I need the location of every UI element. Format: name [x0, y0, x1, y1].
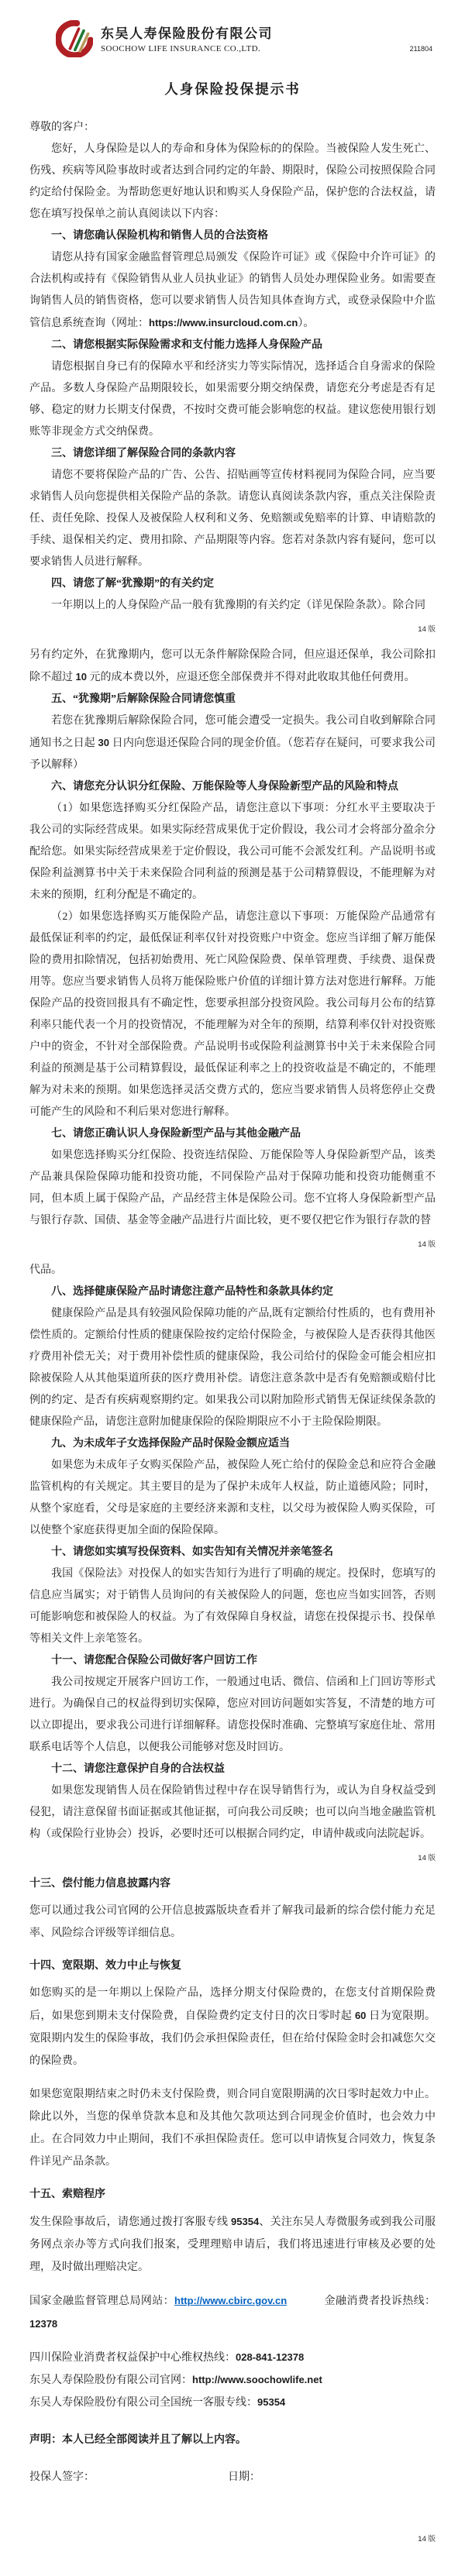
section-13-heading-text: 十三、偿付能力信息披露内容 — [29, 1878, 170, 1890]
section-3-heading-text: 三、请您详细了解保险合同的条款内容 — [51, 448, 236, 459]
section-11-paragraph-text: 我公司按规定开展客户回访工作，一般通过电话、微信、信函和上门回访等形式进行。为确… — [29, 1677, 436, 1753]
section-8-paragraph-text: 健康保险产品是具有较强风险保障功能的产品,既有定额给付性质的，也有费用补偿性质的… — [29, 1308, 436, 1428]
section-3-paragraph: 请您不要将保险产品的广告、公告、招贴画等宣传材料视同为保险合同，应当要求销售人员… — [29, 465, 436, 573]
page-marker-text: 14 版 — [418, 1240, 436, 1249]
section-7-heading-text: 七、请您正确认识人身保险新型产品与其他金融产品 — [51, 1128, 301, 1140]
page-marker: 14 版 — [29, 1239, 436, 1251]
section-8-paragraph: 健康保险产品是具有较强风险保障功能的产品,既有定额给付性质的，也有费用补偿性质的… — [29, 1303, 436, 1433]
section-5-paragraph: 若您在犹豫期后解除保险合同，您可能会遭受一定损失。我公司自收到解除合同通知书之日… — [29, 710, 436, 776]
section-1-paragraph-text: https://www.insurcloud.com.cn — [149, 317, 298, 328]
contact-line-regulator: 国家金融监督管理总局网站：http://www.cbirc.gov.cn金融消费… — [29, 2289, 436, 2336]
section-7-paragraph-a: 如果您选择购买分红保险、投资连结保险、万能保险等人身保险新型产品，该类产品兼具保… — [29, 1145, 436, 1232]
company-name-block: 东吴人寿保险股份有限公司 SOOCHOW LIFE INSURANCE CO.,… — [101, 26, 273, 54]
section-14-heading-text: 十四、宽限期、效力中止与恢复 — [29, 1960, 181, 1972]
section-1-heading-text: 一、请您确认保险机构和销售人员的合法资格 — [51, 230, 268, 242]
section-10-paragraph: 我国《保险法》对投保人的如实告知行为进行了明确的规定。投保时，您填写的信息应当属… — [29, 1563, 436, 1650]
section-2-heading-text: 二、请您根据实际保险需求和支付能力选择人身保险产品 — [51, 339, 322, 351]
section-6-heading: 六、请您充分认识分红保险、万能保险等人身保险新型产品的风险和特点 — [29, 776, 436, 798]
section-4-heading-text: 四、请您了解“犹豫期”的有关约定 — [51, 578, 214, 590]
salutation-text: 尊敬的客户： — [29, 122, 95, 133]
section-14-paragraph-1-text: 60 — [355, 2010, 366, 2021]
contact-line-sichuan-hotline-text: 四川保险业消费者权益保护中心维权热线： — [29, 2352, 236, 2364]
section-6-paragraph-1-text: （1）如果您选择购买分红保险产品，请您注意以下事项：分红水平主要取决于我公司的实… — [29, 803, 436, 901]
section-2-paragraph: 请您根据自身已有的保障水平和经济实力等实际情况，选择适合自身需求的保险产品。多数… — [29, 356, 436, 443]
section-10-heading: 十、请您如实填写投保资料、如实告知有关情况并亲笔签名 — [29, 1542, 436, 1563]
section-11-heading: 十一、请您配合保险公司做好客户回访工作 — [29, 1650, 436, 1672]
company-header: 东吴人寿保险股份有限公司 SOOCHOW LIFE INSURANCE CO.,… — [56, 19, 436, 62]
section-1-paragraph-text: ）。 — [298, 318, 314, 329]
signature-row: 投保人签字：日期： — [29, 2467, 436, 2488]
salutation: 尊敬的客户： — [29, 117, 436, 139]
section-8-heading: 八、选择健康保险产品时请您注意产品特性和条款具体约定 — [29, 1281, 436, 1303]
section-6-paragraph-2: （2）如果您选择购买万能保险产品，请您注意以下事项：万能保险产品通常有最低保证利… — [29, 906, 436, 1123]
document-number: 211804 — [410, 45, 432, 53]
section-5-heading-text: 五、“犹豫期”后解除保险合同请您慎重 — [51, 693, 236, 705]
company-name-cn: 东吴人寿保险股份有限公司 — [101, 26, 273, 42]
section-4-paragraph-b-text: 元的成本费以外，应退还您全部保费并不得对此收取其他任何费用。 — [87, 672, 415, 683]
section-3-heading: 三、请您详细了解保险合同的条款内容 — [29, 443, 436, 465]
contact-line-company-hotline-text: 95354 — [257, 2396, 285, 2408]
external-link[interactable]: http://www.cbirc.gov.cn — [174, 2295, 287, 2306]
section-4-paragraph-b: 另有约定外，在犹豫期内，您可以无条件解除保险合同，但应退还保单，我公司除扣除不超… — [29, 645, 436, 689]
section-15-paragraph-text: 95354 — [231, 2216, 259, 2227]
intro-paragraph: 您好，人身保险是以人的寿命和身体为保险标的的保险。当被保险人发生死亡、伤残、疾病… — [29, 139, 436, 225]
section-7-heading: 七、请您正确认识人身保险新型产品与其他金融产品 — [29, 1123, 436, 1145]
section-15-heading-text: 十五、索赔程序 — [29, 2189, 105, 2200]
contact-line-company-hotline: 东吴人寿保险股份有限公司全国统一客服专线：95354 — [29, 2392, 436, 2414]
section-10-heading-text: 十、请您如实填写投保资料、如实告知有关情况并亲笔签名 — [51, 1546, 333, 1558]
contact-line-company-website: 东吴人寿保险股份有限公司官网：http://www.soochowlife.ne… — [29, 2369, 436, 2392]
section-14-heading: 十四、宽限期、效力中止与恢复 — [29, 1955, 436, 1977]
contact-line-company-website-text: http://www.soochowlife.net — [192, 2374, 322, 2385]
page-marker-text: 14 版 — [418, 2535, 436, 2543]
company-logo-icon — [56, 20, 93, 61]
contact-line-sichuan-hotline: 四川保险业消费者权益保护中心维权热线：028-841-12378 — [29, 2347, 436, 2369]
section-12-paragraph: 如果您发现销售人员在保险销售过程中存在误导销售行为，或认为自身权益受到侵犯，请注… — [29, 1780, 436, 1845]
section-11-heading-text: 十一、请您配合保险公司做好客户回访工作 — [51, 1655, 257, 1666]
section-15-paragraph-text: 发生保险事故后，请您通过拨打客服专线 — [29, 2217, 231, 2228]
section-14-paragraph-1: 如您购买的是一年期以上保险产品，选择分期支付保险费的，在您支付首期保险费后，如果… — [29, 1982, 436, 2072]
section-9-heading: 九、为未成年子女选择保险产品时保险金额应适当 — [29, 1433, 436, 1455]
section-4-paragraph-b-text: 10 — [76, 671, 87, 683]
page-marker-text: 14 版 — [418, 1854, 436, 1862]
section-9-paragraph-text: 如果您为未成年子女购买保险产品，被保险人死亡给付的保险金总和应符合金融监管机构的… — [29, 1460, 436, 1536]
section-2-paragraph-text: 请您根据自身已有的保障水平和经济实力等实际情况，选择适合自身需求的保险产品。多数… — [29, 361, 436, 438]
signature-row-text: 投保人签字： — [29, 2471, 95, 2483]
section-5-heading: 五、“犹豫期”后解除保险合同请您慎重 — [29, 689, 436, 710]
section-12-paragraph-text: 如果您发现销售人员在保险销售过程中存在误导销售行为，或认为自身权益受到侵犯，请注… — [29, 1785, 436, 1840]
section-4-heading: 四、请您了解“犹豫期”的有关约定 — [29, 573, 436, 595]
contact-line-regulator-text: 12378 — [29, 2318, 57, 2330]
signature-row-text: 日期： — [228, 2471, 260, 2483]
page-marker-text: 14 版 — [418, 625, 436, 634]
section-9-paragraph: 如果您为未成年子女购买保险产品，被保险人死亡给付的保险金总和应符合金融监管机构的… — [29, 1455, 436, 1542]
section-9-heading-text: 九、为未成年子女选择保险产品时保险金额应适当 — [51, 1438, 290, 1450]
page-marker: 14 版 — [29, 624, 436, 636]
section-7-paragraph-b: 代品。 — [29, 1260, 436, 1281]
section-3-paragraph-text: 请您不要将保险产品的广告、公告、招贴画等宣传材料视同为保险合同，应当要求销售人员… — [29, 469, 436, 568]
section-1-heading: 一、请您确认保险机构和销售人员的合法资格 — [29, 225, 436, 247]
section-12-heading-text: 十二、请您注意保护自身的合法权益 — [51, 1763, 225, 1775]
contact-line-company-hotline-text: 东吴人寿保险股份有限公司全国统一客服专线： — [29, 2397, 257, 2409]
section-13-heading: 十三、偿付能力信息披露内容 — [29, 1873, 436, 1895]
page-marker: 14 版 — [29, 2533, 436, 2546]
document-page: 东吴人寿保险股份有限公司 SOOCHOW LIFE INSURANCE CO.,… — [0, 0, 465, 2576]
section-5-paragraph-text: 30 — [98, 737, 109, 748]
section-8-heading-text: 八、选择健康保险产品时请您注意产品特性和条款具体约定 — [51, 1286, 333, 1298]
section-7-paragraph-a-text: 如果您选择购买分红保险、投资连结保险、万能保险等人身保险新型产品，该类产品兼具保… — [29, 1150, 436, 1226]
section-14-paragraph-2: 如果您宽限期结束之时仍未支付保险费，则合同自宽限期满的次日零时起效力中止。除此以… — [29, 2083, 436, 2173]
section-7-paragraph-b-text: 代品。 — [29, 1264, 62, 1276]
section-14-paragraph-2-text: 如果您宽限期结束之时仍未支付保险费，则合同自宽限期满的次日零时起效力中止。除此以… — [29, 2089, 436, 2168]
section-15-heading: 十五、索赔程序 — [29, 2184, 436, 2206]
section-4-paragraph-a-text: 一年期以上的人身保险产品一般有犹豫期的有关约定（详见保险条款）。除合同 — [51, 600, 425, 611]
section-12-heading: 十二、请您注意保护自身的合法权益 — [29, 1759, 436, 1780]
document-body: 尊敬的客户：您好，人身保险是以人的寿命和身体为保险标的的保险。当被保险人发生死亡… — [29, 117, 436, 2546]
contact-line-company-website-text: 东吴人寿保险股份有限公司官网： — [29, 2375, 192, 2386]
section-6-paragraph-2-text: （2）如果您选择购买万能保险产品，请您注意以下事项：万能保险产品通常有最低保证利… — [29, 911, 436, 1118]
company-name-en: SOOCHOW LIFE INSURANCE CO.,LTD. — [101, 43, 273, 54]
intro-paragraph-text: 您好，人身保险是以人的寿命和身体为保险标的的保险。当被保险人发生死亡、伤残、疾病… — [29, 143, 436, 220]
contact-line-regulator-text: 金融消费者投诉热线： — [324, 2296, 436, 2307]
section-2-heading: 二、请您根据实际保险需求和支付能力选择人身保险产品 — [29, 335, 436, 356]
section-11-paragraph: 我公司按规定开展客户回访工作，一般通过电话、微信、信函和上门回访等形式进行。为确… — [29, 1672, 436, 1759]
section-10-paragraph-text: 我国《保险法》对投保人的如实告知行为进行了明确的规定。投保时，您填写的信息应当属… — [29, 1568, 436, 1645]
contact-line-sichuan-hotline-text: 028-841-12378 — [236, 2351, 304, 2363]
section-1-paragraph: 请您从持有国家金融监督管理总局颁发《保险许可证》或《保险中介许可证》的合法机构或… — [29, 247, 436, 335]
section-4-paragraph-a: 一年期以上的人身保险产品一般有犹豫期的有关约定（详见保险条款）。除合同 — [29, 595, 436, 617]
page-marker: 14 版 — [29, 1852, 436, 1865]
declaration-statement-text: 声明：本人已经全部阅读并且了解以上内容。 — [29, 2434, 246, 2446]
section-13-paragraph-text: 您可以通过我公司官网的公开信息披露版块查看并了解我司最新的综合偿付能力充足率、风… — [29, 1905, 436, 1939]
section-15-paragraph: 发生保险事故后，请您通过拨打客服专线 95354、关注东吴人寿微服务或到我公司服… — [29, 2210, 436, 2279]
contact-line-regulator-text: 国家金融监督管理总局网站： — [29, 2296, 174, 2307]
section-6-paragraph-1: （1）如果您选择购买分红保险产品，请您注意以下事项：分红水平主要取决于我公司的实… — [29, 798, 436, 906]
declaration-statement: 声明：本人已经全部阅读并且了解以上内容。 — [29, 2430, 436, 2451]
section-6-heading-text: 六、请您充分认识分红保险、万能保险等人身保险新型产品的风险和特点 — [51, 781, 398, 793]
page-title: 人身保险投保提示书 — [29, 79, 436, 98]
section-13-paragraph: 您可以通过我公司官网的公开信息披露版块查看并了解我司最新的综合偿付能力充足率、风… — [29, 1900, 436, 1945]
